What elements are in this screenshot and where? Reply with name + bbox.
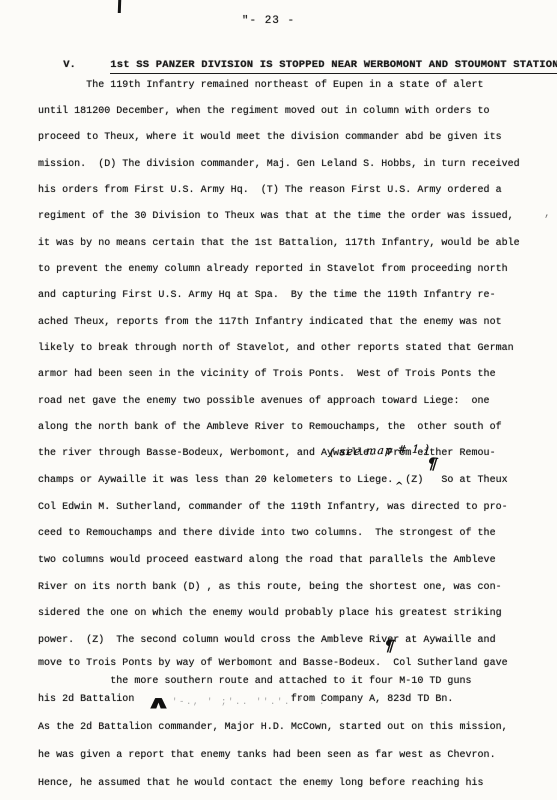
erased-typed-text: '-., ' ;'.. ''.'. ' ': [172,697,326,707]
text-line: Hence, he assumed that he would contact … [38,778,484,789]
text-line: to prevent the enemy column already repo… [38,264,508,275]
paragraph-mark-icon: ¶ [426,454,438,474]
text-line: ceed to Remouchamps and there divide int… [38,528,496,539]
text-line: road net gave the enemy two possible ave… [38,396,490,407]
insert-caret-icon: ^ [395,481,403,492]
text-line: ached Theux, reports from the 117th Infa… [38,317,502,328]
text-line: his orders from First U.S. Army Hq. (T) … [38,185,502,196]
text-line: proceed to Theux, where it would meet th… [38,132,502,143]
insert-caret-large-icon: ∧ [145,692,170,713]
text-line: regiment of the 30 Division to Theux was… [38,211,514,222]
text-line: move to Trois Ponts by way of Werbomont … [38,658,508,669]
body-text: The 119th Infantry remained northeast of… [0,0,557,800]
text-line: the more southern route and attached to … [38,676,472,687]
text-line: it was by no means certain that the 1st … [38,238,520,249]
text-line: and capturing First U.S. Army Hq at Spa.… [38,290,496,301]
text-line: River on its north bank (D) , as this ro… [38,582,502,593]
paragraph-mark-icon: ¶ [383,636,395,656]
text-line: champs or Aywaille it was less than 20 k… [38,475,508,486]
text-line: As the 2d Battalion commander, Major H.D… [38,722,508,733]
text-line: Col Edwin M. Sutherland, commander of th… [38,502,508,513]
text-line: sidered the one on which the enemy would… [38,608,502,619]
document-page: "- 23 - V.1st SS PANZER DIVISION IS STOP… [0,0,557,800]
text-line: along the north bank of the Ambleve Rive… [38,422,502,433]
text-line: armor had been seen in the vicinity of T… [38,369,496,380]
text-line: mission. (D) The division commander, Maj… [38,159,520,170]
text-line: two columns would proceed eastward along… [38,555,496,566]
text-line: The 119th Infantry remained northeast of… [38,80,484,91]
text-line: power. (Z) The second column would cross… [38,635,496,646]
text-line: likely to break through north of Stavelo… [38,343,514,354]
text-line: until 181200 December, when the regiment… [38,106,490,117]
stray-ink-mark: , [544,208,551,220]
text-line: he was given a report that enemy tanks h… [38,750,496,761]
